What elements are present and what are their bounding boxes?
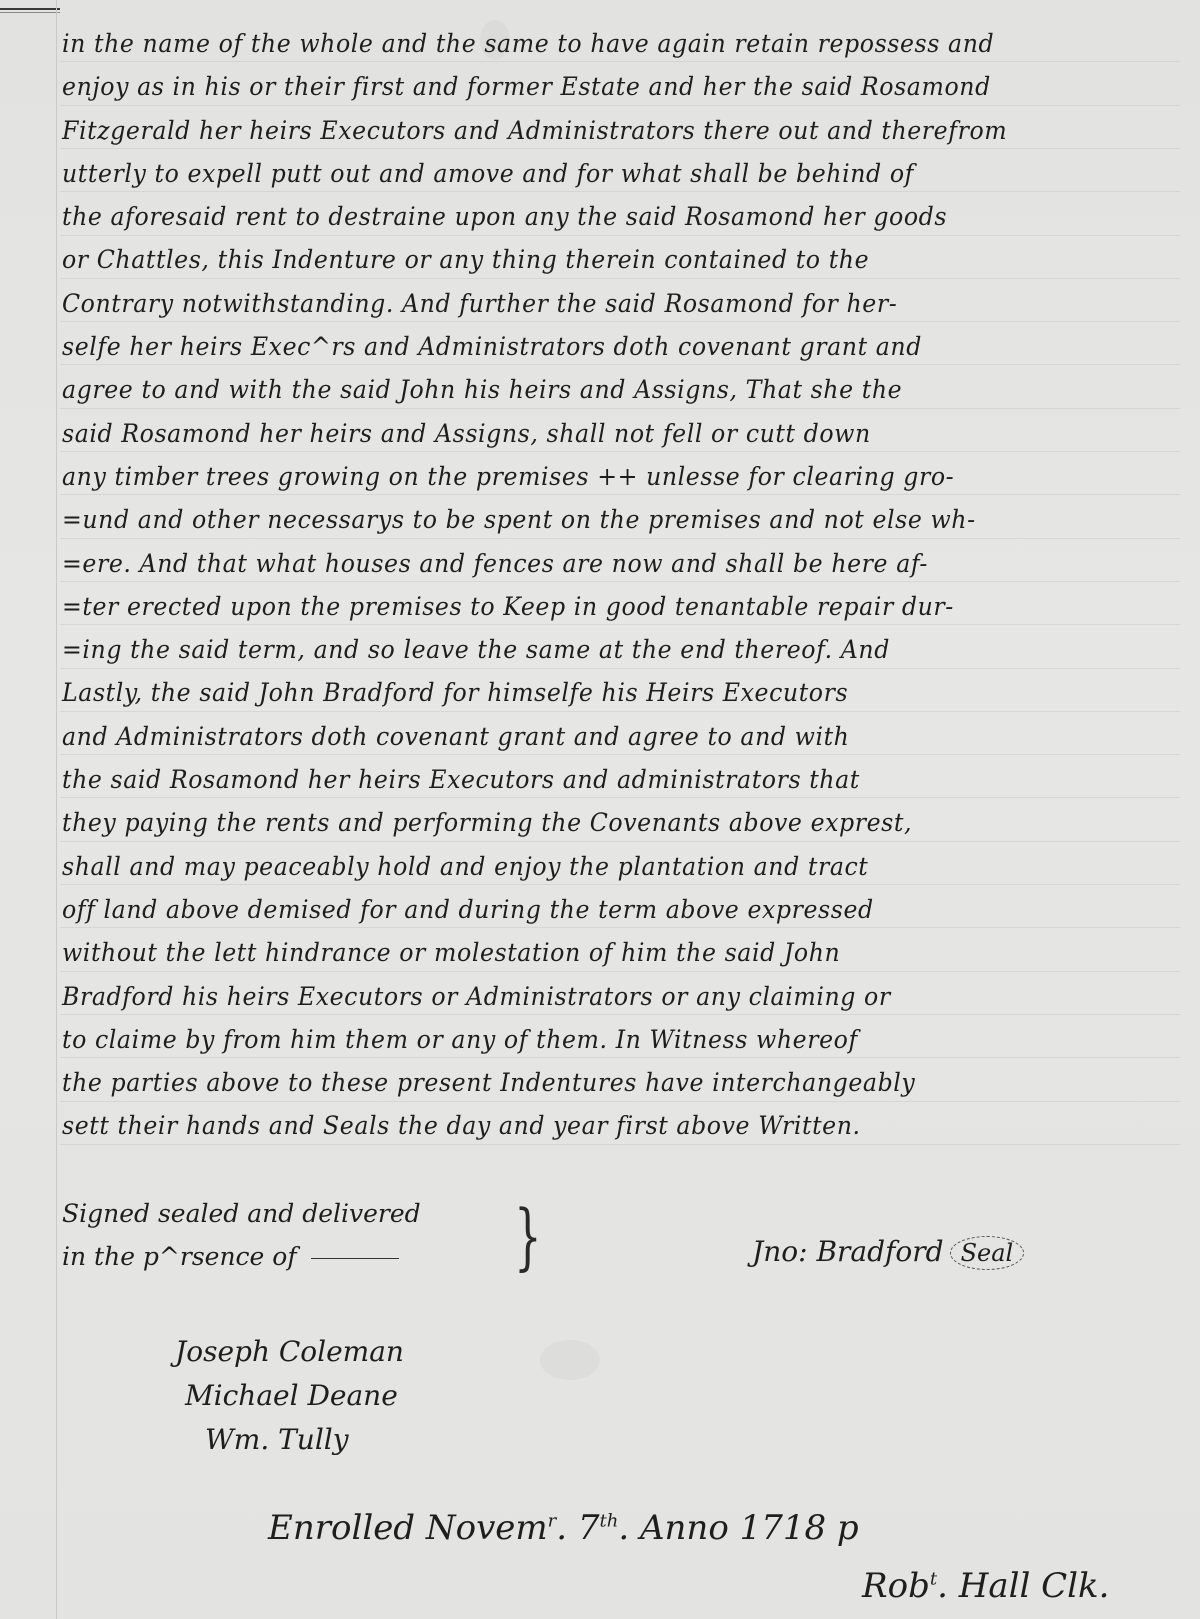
ruled-line xyxy=(60,711,1180,712)
ruled-line xyxy=(60,235,1180,236)
witness-name: Michael Deane xyxy=(185,1374,404,1418)
text-line: enjoy as in his or their first and forme… xyxy=(62,65,1122,108)
ruled-line xyxy=(60,1144,1180,1145)
ruled-line xyxy=(60,321,1180,322)
ruled-line xyxy=(60,494,1180,495)
witness-list: Joseph Coleman Michael Deane Wm. Tully xyxy=(175,1330,404,1462)
top-margin-rule xyxy=(0,8,60,10)
text-line: =und and other necessarys to be spent on… xyxy=(62,498,1122,541)
seal-icon: Seal xyxy=(950,1236,1025,1270)
text-line: =ere. And that what houses and fences ar… xyxy=(62,542,1122,585)
grantor-name: Jno: Bradford xyxy=(752,1235,944,1268)
text-line: any timber trees growing on the premises… xyxy=(62,455,1122,498)
text-line: sett their hands and Seals the day and y… xyxy=(62,1104,1122,1147)
ruled-line xyxy=(60,927,1180,928)
text-line: =ing the said term, and so leave the sam… xyxy=(62,628,1122,671)
text-line: the said Rosamond her heirs Executors an… xyxy=(62,758,1122,801)
witness-name: Wm. Tully xyxy=(205,1418,404,1462)
ruled-line xyxy=(60,624,1180,625)
text-line: agree to and with the said John his heir… xyxy=(62,368,1122,411)
clerk-signature: Robt. Hall Clk. xyxy=(862,1566,1109,1606)
text-line: Contrary notwithstanding. And further th… xyxy=(62,282,1122,325)
ruled-line xyxy=(60,581,1180,582)
text-line: and Administrators doth covenant grant a… xyxy=(62,715,1122,758)
paper-stain xyxy=(540,1340,600,1380)
ruled-line xyxy=(60,408,1180,409)
text-line: off land above demised for and during th… xyxy=(62,888,1122,931)
attestation-line-1: Signed sealed and delivered xyxy=(62,1192,421,1235)
top-margin-rule-secondary xyxy=(0,12,60,13)
witness-name: Joseph Coleman xyxy=(175,1330,404,1374)
text-line: =ter erected upon the premises to Keep i… xyxy=(62,585,1122,628)
ruled-line xyxy=(60,754,1180,755)
grantor-signature: Jno: BradfordSeal xyxy=(752,1235,1024,1270)
ruled-line xyxy=(60,191,1180,192)
signature-dash xyxy=(311,1258,399,1259)
ruled-line xyxy=(60,971,1180,972)
text-line: without the lett hindrance or molestatio… xyxy=(62,931,1122,974)
text-line: Fitzgerald her heirs Executors and Admin… xyxy=(62,109,1122,152)
ruled-line xyxy=(60,668,1180,669)
text-line: the parties above to these present Inden… xyxy=(62,1061,1122,1104)
ruled-line xyxy=(60,105,1180,106)
document-page: in the name of the whole and the same to… xyxy=(0,0,1200,1619)
text-line: the aforesaid rent to destraine upon any… xyxy=(62,195,1122,238)
attestation-brace: } xyxy=(514,1196,541,1276)
ruled-line xyxy=(60,278,1180,279)
text-line: to claime by from him them or any of the… xyxy=(62,1018,1122,1061)
attestation-line-2: in the p^rsence of xyxy=(62,1235,421,1278)
text-line: in the name of the whole and the same to… xyxy=(62,22,1122,65)
text-line: selfe her heirs Exec^rs and Administrato… xyxy=(62,325,1122,368)
text-line: shall and may peaceably hold and enjoy t… xyxy=(62,845,1122,888)
text-line: utterly to expell putt out and amove and… xyxy=(62,152,1122,195)
ruled-line xyxy=(60,364,1180,365)
ruled-line xyxy=(60,148,1180,149)
text-line: or Chattles, this Indenture or any thing… xyxy=(62,238,1122,281)
ruled-line xyxy=(60,451,1180,452)
ruled-line xyxy=(60,1014,1180,1015)
attestation-clause: Signed sealed and delivered in the p^rse… xyxy=(62,1192,421,1278)
text-line: they paying the rents and performing the… xyxy=(62,801,1122,844)
left-margin-line xyxy=(56,0,57,1619)
text-line: Lastly, the said John Bradford for himse… xyxy=(62,671,1122,714)
text-line: said Rosamond her heirs and Assigns, sha… xyxy=(62,412,1122,455)
ruled-line xyxy=(60,61,1180,62)
enrollment-notation: Enrolled Novemr. 7th. Anno 1718 p xyxy=(268,1508,859,1548)
ruled-line xyxy=(60,841,1180,842)
ruled-line xyxy=(60,1101,1180,1102)
text-line: Bradford his heirs Executors or Administ… xyxy=(62,975,1122,1018)
ruled-line xyxy=(60,797,1180,798)
ruled-line xyxy=(60,538,1180,539)
ruled-line xyxy=(60,1057,1180,1058)
ruled-line xyxy=(60,884,1180,885)
